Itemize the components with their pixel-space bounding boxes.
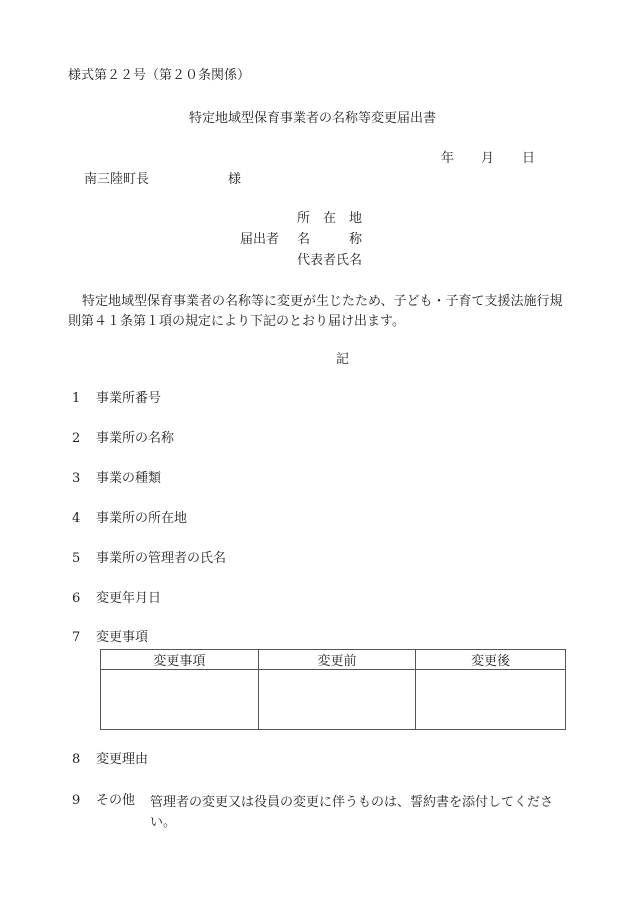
- item-number: 6: [72, 591, 96, 607]
- other-note: 管理者の変更又は役員の変更に伴うものは、誓約書を添付してください。: [150, 793, 570, 833]
- item-manager-name: 5事業所の管理者の氏名: [72, 551, 226, 567]
- item-change-date: 6変更年月日: [72, 591, 161, 607]
- date-month: 月: [481, 151, 494, 167]
- item-label: 事業所の所在地: [96, 511, 187, 526]
- document-title: 特定地域型保育事業者の名称等変更届出書: [189, 111, 436, 127]
- item-number: 8: [72, 752, 96, 768]
- applicant-field-name: 名 称: [297, 232, 362, 248]
- applicant-label: 届出者: [240, 232, 279, 248]
- ki-heading: 記: [336, 352, 349, 368]
- item-number: 4: [72, 511, 96, 527]
- item-business-type: 3事業の種類: [72, 471, 161, 487]
- applicant-field-address: 所 在 地: [297, 211, 362, 227]
- col-header-after: 変更後: [416, 650, 566, 670]
- item-label: 変更事項: [96, 630, 148, 645]
- cell-before[interactable]: [258, 670, 416, 730]
- item-label: 事業の種類: [96, 471, 161, 486]
- item-label: 事業所の管理者の氏名: [96, 551, 226, 566]
- item-number: 1: [72, 391, 96, 407]
- item-number: 3: [72, 471, 96, 487]
- item-label: 変更年月日: [96, 591, 161, 606]
- item-number: 7: [72, 630, 96, 646]
- item-number: 2: [72, 431, 96, 447]
- item-number: 9: [72, 793, 96, 809]
- item-label: 事業所番号: [96, 391, 161, 406]
- table-header-row: 変更事項 変更前 変更後: [101, 650, 566, 670]
- table-row: [101, 670, 566, 730]
- changes-table: 変更事項 変更前 変更後: [100, 649, 566, 730]
- item-office-number: 1事業所番号: [72, 391, 161, 407]
- item-label: 事業所の名称: [96, 431, 174, 446]
- body-text: 特定地域型保育事業者の名称等に変更が生じたため、子ども・子育て支援法施行規則第４…: [68, 292, 568, 332]
- item-change-reason: 8変更理由: [72, 752, 148, 768]
- item-change-matters: 7変更事項: [72, 630, 148, 646]
- item-office-name: 2事業所の名称: [72, 431, 174, 447]
- item-label: 変更理由: [96, 752, 148, 767]
- item-other: 9その他: [72, 793, 135, 809]
- cell-after[interactable]: [416, 670, 566, 730]
- col-header-before: 変更前: [258, 650, 416, 670]
- item-number: 5: [72, 551, 96, 567]
- form-number: 様式第２２号（第２０条関係）: [68, 68, 250, 84]
- col-header-matter: 変更事項: [101, 650, 259, 670]
- addressee-name: 南三陸町長: [84, 172, 149, 188]
- item-label: その他: [96, 793, 135, 808]
- date-year: 年: [441, 151, 454, 167]
- date-day: 日: [522, 151, 535, 167]
- cell-matter[interactable]: [101, 670, 259, 730]
- item-office-location: 4事業所の所在地: [72, 511, 187, 527]
- addressee-honorific: 様: [228, 172, 241, 188]
- applicant-field-representative: 代表者氏名: [297, 253, 362, 269]
